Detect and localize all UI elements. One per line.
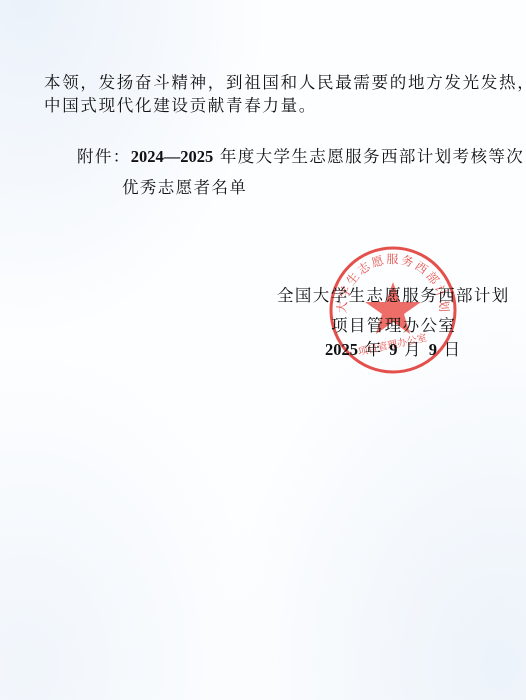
date-day: 9 — [429, 340, 437, 359]
body-paragraph-line-1: 本领，发扬奋斗精神，到祖国和人民最需要的地方发光发热，为 — [44, 73, 526, 93]
date-month-unit: 月 — [404, 340, 422, 359]
signature-date: 2025 年 9 月 9 日 — [325, 340, 462, 360]
attachment-line-1: 附件：2024—2025 年度大学生志愿服务西部计划考核等次 — [77, 147, 524, 167]
body-paragraph-line-2: 中国式现代化建设贡献青春力量。 — [44, 96, 317, 116]
signature-org-line-1: 全国大学生志愿服务西部计划 — [277, 286, 510, 306]
attachment-line-2: 优秀志愿者名单 — [122, 178, 247, 198]
date-year-unit: 年 — [365, 340, 383, 359]
date-year: 2025 — [325, 340, 358, 359]
attachment-years: 2024—2025 — [131, 147, 214, 166]
attachment-label: 附件： — [77, 147, 131, 166]
signature-org-line-2: 项目管理办公室 — [331, 316, 456, 336]
date-month: 9 — [389, 340, 397, 359]
date-day-unit: 日 — [444, 340, 462, 359]
attachment-title: 年度大学生志愿服务西部计划考核等次 — [220, 147, 524, 166]
